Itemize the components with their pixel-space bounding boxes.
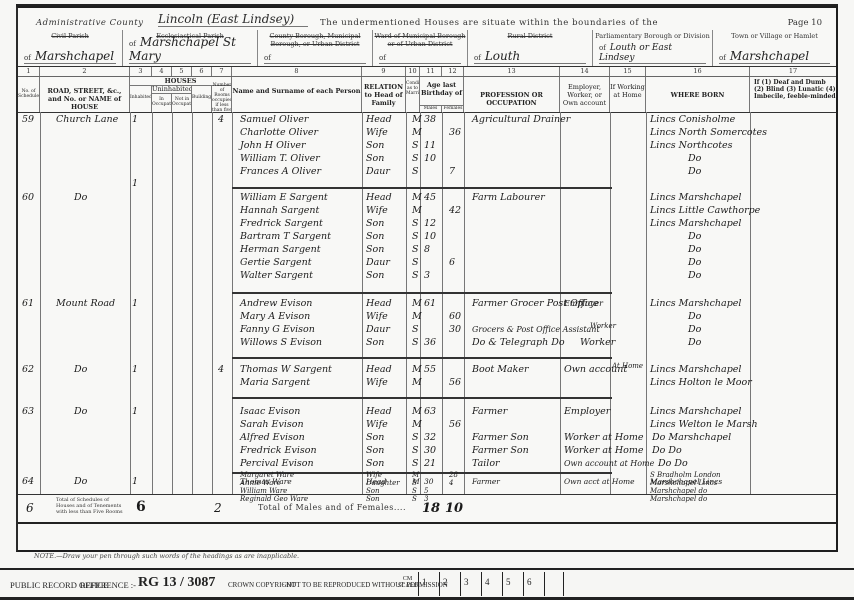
admin-county-value: Lincoln (East Lindsey) [158,12,308,27]
col-males: Males [420,106,441,111]
col-schedule: No. of Schedule [18,89,39,99]
table-row: William Ware Son S 5 Marshchapel do [18,487,836,495]
field-ecclesiastical-parish: Ecclesiastical Parish ofMarshchapel St M… [123,30,258,66]
table-row: Charlotte Oliver Wife M 36 Lincs North S… [18,127,836,140]
column-headers: 1 2 3 4 5 6 7 8 9 10 11 12 13 14 15 16 1… [18,66,836,67]
field-town-village: Town or Village or Hamlet ofMarshchapel [713,30,836,66]
census-entries: 59 Church Lane 1 4 Samuel Oliver Head M … [18,112,836,494]
table-row: Gertie Sargent Daur S 6 Do [18,257,836,270]
reference-label: REFERENCE :- [80,580,136,590]
table-row: 61 Mount Road 1 Andrew Evison Head M 61 … [18,298,836,311]
totals-row: Margaret Ware Wife M 28 S Bradholm Londo… [18,494,836,524]
rural-district-value: Louth [485,49,520,63]
table-row: Fredrick Sargent Son S 12 Lincs Marshcha… [18,218,836,231]
field-rural-district: Rural District ofLouth [468,30,593,66]
col-age: Age last Birthday of [420,81,463,97]
total-rooms: 2 [214,501,222,515]
table-row: Walter Sargent Son S 3 Do [18,270,836,283]
parliamentary-division-value: Louth or East Lindsey [599,43,672,63]
table-row: Margaret Ware Wife M 28 S Bradholm Londo… [18,471,836,479]
table-row: Maria Sargent Wife M 56 Lincs Holton le … [18,377,836,390]
col-name: Name and Surname of each Person [232,87,361,95]
table-row: Mary A Evison Wife M 60 Do [18,311,836,324]
total-schedules-label: Total of Schedules of Houses and of Tene… [56,497,128,515]
cm-scale: 1 2 3 4 5 6 [418,572,564,596]
table-row: Sarah Evison Wife M 56 Lincs Welton le M… [18,419,836,432]
town-village-value: Marshchapel [730,49,809,63]
scale-label: CMSCALE [398,576,417,590]
field-civil-parish: Civil Parish ofMarshchapel [18,30,123,66]
ecclesiastical-parish-value: Marshchapel St Mary [129,35,236,63]
col-females: Females [442,106,464,111]
total-males: 18 [422,501,440,516]
total-schedules: 6 [26,501,34,515]
col-building: Building [192,95,211,100]
table-row: Herman Sargent Son S 8 Do [18,244,836,257]
column-titles: No. of Schedule ROAD, STREET, &c., and N… [18,77,836,113]
table-row: Frances A Oliver Daur S 7 Do [18,166,836,179]
census-form: Administrative County Lincoln (East Lind… [16,6,838,552]
admin-county-label: Administrative County [36,18,143,28]
field-county-borough: County Borough, Municipal Borough, or Ur… [258,30,373,66]
column-numbers: 1 2 3 4 5 6 7 8 9 10 11 12 13 14 15 16 1… [18,67,836,77]
table-row: John H Oliver Son S 11 Lincs Northcotes [18,140,836,153]
table-row: 63 Do 1 Isaac Evison Head M 63 Farmer Em… [18,406,836,419]
table-row: Bartram T Sargent Son S 10 Do [18,231,836,244]
table-row: 62 Do 1 4 Thomas W Sargent Head M 55 Boo… [18,364,836,377]
col-infirmities: If (1) Deaf and Dumb (2) Blind (3) Lunat… [754,79,836,100]
table-row: 60 Do William E Sargent Head M 45 Farm L… [18,192,836,205]
page-number: Page 10 [788,18,822,28]
total-persons-label: Total of Males and of Females.... [258,503,406,512]
reference-number: RG 13 / 3087 [138,575,215,591]
table-row: Annie Ware Daughter S 4 Marshchapel Linc… [18,479,836,487]
civil-parish-value: Marshchapel [35,49,114,63]
table-row: Alfred Evison Son S 32 Farmer Son Worker… [18,432,836,445]
table-row: Percival Evison Son S 21 Tailor Own acco… [18,458,836,471]
col-inhabited: Inhabited [130,95,151,100]
field-ward: Ward of Municipal Borough or of Urban Di… [373,30,468,66]
instruction-note: NOTE.—Draw your pen through such words o… [34,552,299,560]
table-row: Hannah Sargent Wife M 42 Lincs Little Ca… [18,205,836,218]
col-occupation: PROFESSION OR OCCUPATION [464,91,559,107]
col-rooms: Number of Rooms occupied if less than fi… [212,83,232,112]
col-relation: RELATION to Head of Family [362,83,405,107]
header-title-row: Administrative County Lincoln (East Lind… [18,8,836,30]
table-row: Fanny G Evison Daur S 30 Grocers & Post … [18,324,836,337]
table-row: Willows S Evison Son S 36 Do & Telegraph… [18,337,836,350]
table-row: Fredrick Evison Son S 30 Farmer Son Work… [18,445,836,458]
col-road: ROAD, STREET, &c., and No. or NAME of HO… [40,87,129,111]
header-fields-row: Civil Parish ofMarshchapel Ecclesiastica… [18,30,836,66]
total-inhabited: 6 [136,499,146,515]
table-row: 59 Church Lane 1 4 Samuel Oliver Head M … [18,114,836,127]
census-page: Administrative County Lincoln (East Lind… [0,0,854,600]
total-females: 10 [445,501,463,516]
table-row: 1 [18,178,836,191]
boundaries-text: The undermentioned Houses are situate wi… [320,18,658,28]
field-parliamentary-borough: Parliamentary Borough or Division ofLout… [593,30,713,66]
table-row: William T. Oliver Son S 10 Do [18,153,836,166]
col-employer: Employer, Worker, or Own account [560,83,609,107]
col-condition: Condition as to Marriage [406,81,419,96]
col-working-home: If Working at Home [610,83,645,99]
archive-footer: PUBLIC RECORD OFFICE REFERENCE :- RG 13 … [0,568,854,600]
col-where-born: WHERE BORN [646,91,749,99]
